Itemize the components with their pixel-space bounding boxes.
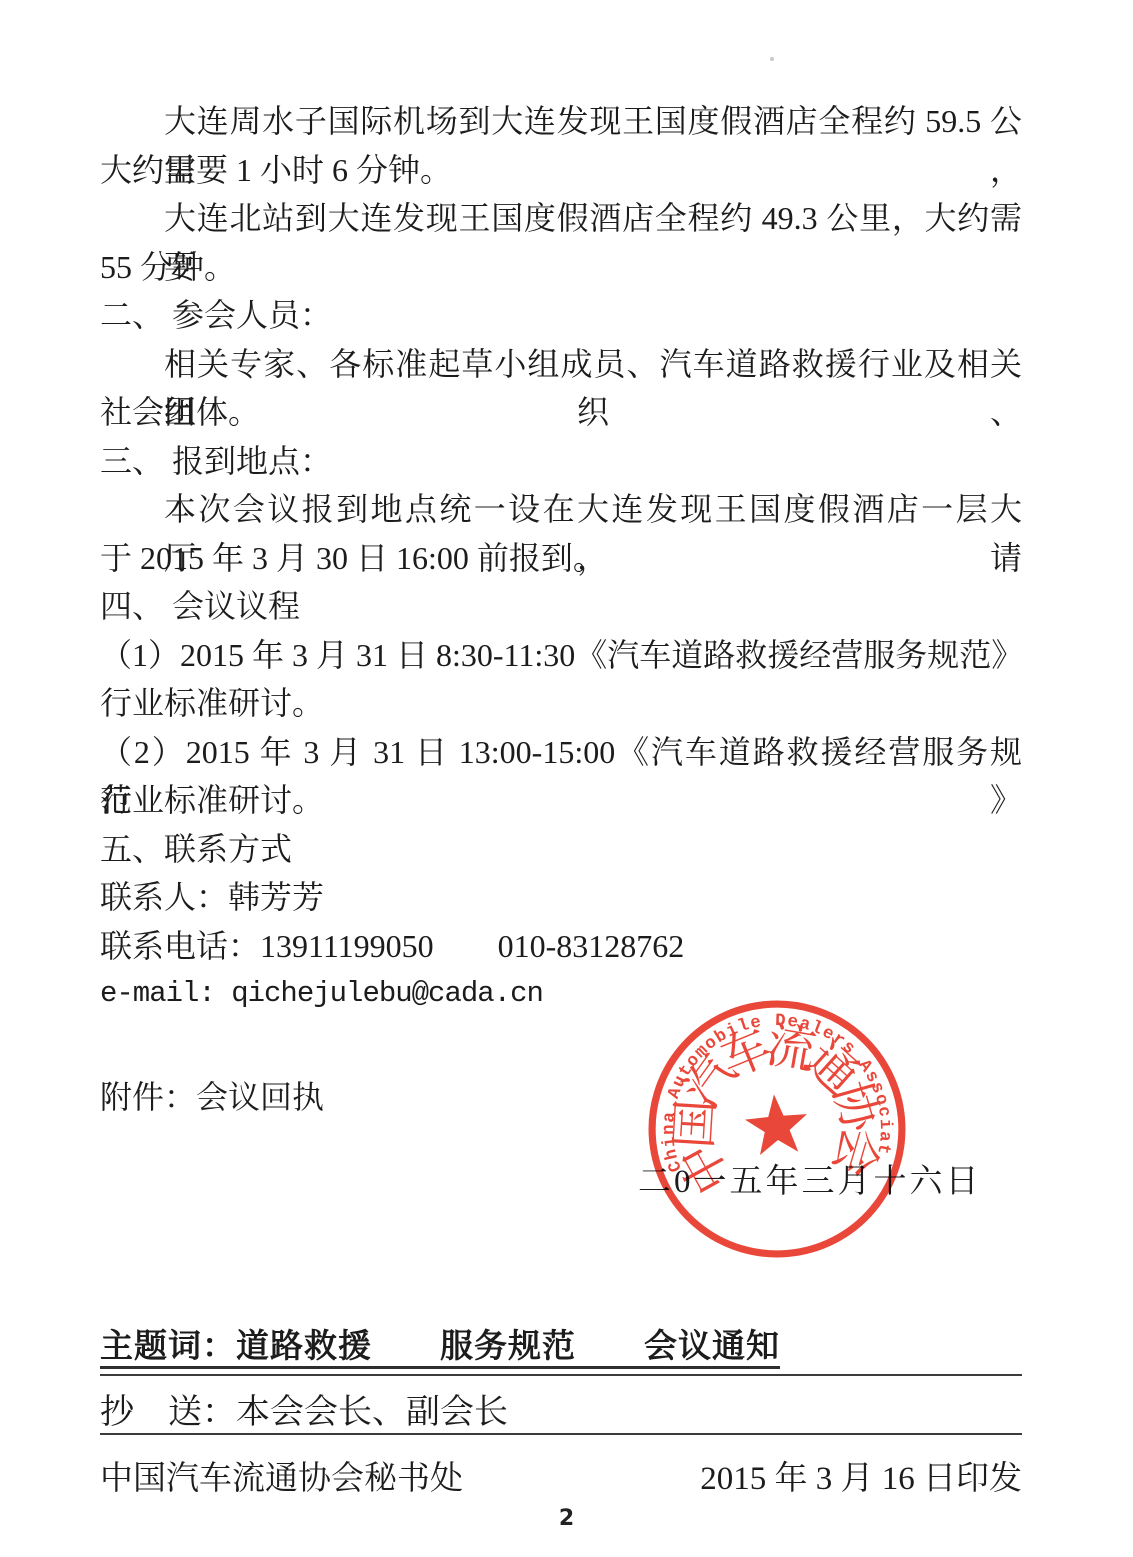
cc-row: 抄 送：本会会长、副会长 xyxy=(100,1395,1022,1435)
attachment-line: 附件：会议回执 xyxy=(100,1072,324,1118)
body-line: 联系电话：13911199050 010-83128762 xyxy=(100,922,1022,971)
issuer-name: 中国汽车流通协会秘书处 xyxy=(100,1461,463,1497)
print-date: 2015 年 3 月 16 日印发 xyxy=(700,1461,1022,1497)
subject-keywords-row: 主题词：道路救援 服务规范 会议通知 xyxy=(100,1327,1022,1376)
body-line: 大连北站到大连发现王国度假酒店全程约 49.3 公里，大约需要 xyxy=(100,194,1022,243)
cc-value: 本会会长、副会长 xyxy=(236,1394,508,1431)
scan-artifact-dot xyxy=(770,57,774,61)
body-line: 相关专家、各标准起草小组成员、汽车道路救援行业及相关组织、 xyxy=(100,340,1022,389)
body-line: 联系人：韩芳芳 xyxy=(100,873,1022,922)
body-line: （1）2015 年 3 月 31 日 8:30-11:30《汽车道路救援经营服务… xyxy=(100,631,1022,680)
stamp-ring xyxy=(642,994,913,1265)
star-icon xyxy=(743,1092,810,1156)
cc-label: 抄 送： xyxy=(100,1394,236,1431)
page-number: 2 xyxy=(0,1506,1133,1531)
body-text: 大连周水子国际机场到大连发现王国度假酒店全程约 59.5 公里，大约需要 1 小… xyxy=(100,97,1022,1019)
body-line: 本次会议报到地点统一设在大连发现王国度假酒店一层大厅，请 xyxy=(100,485,1022,534)
body-line: （2）2015 年 3 月 31 日 13:00-15:00《汽车道路救援经营服… xyxy=(100,728,1022,777)
body-line: 二、 参会人员： xyxy=(100,291,1022,340)
stamp-svg: China Automobile Dealers Association 中国汽… xyxy=(637,989,917,1269)
issue-date-line: 二0一五年三月十六日 xyxy=(638,1155,982,1202)
document-page: 大连周水子国际机场到大连发现王国度假酒店全程约 59.5 公里，大约需要 1 小… xyxy=(0,0,1133,1557)
body-line: 行业标准研讨。 xyxy=(100,679,1022,728)
body-line: 四、 会议议程 xyxy=(100,582,1022,631)
association-stamp: China Automobile Dealers Association 中国汽… xyxy=(637,989,917,1269)
subject-keywords: 主题词：道路救援 服务规范 会议通知 xyxy=(100,1327,780,1369)
secretariat-row: 中国汽车流通协会秘书处 2015 年 3 月 16 日印发 xyxy=(100,1461,1022,1497)
body-line: 三、 报到地点： xyxy=(100,437,1022,486)
body-line: e-mail: qichejulebu@cada.cn xyxy=(100,970,1022,1019)
body-line: 55 分钟。 xyxy=(100,243,1022,292)
body-line: 大连周水子国际机场到大连发现王国度假酒店全程约 59.5 公里， xyxy=(100,97,1022,146)
body-line: 五、联系方式 xyxy=(100,825,1022,874)
